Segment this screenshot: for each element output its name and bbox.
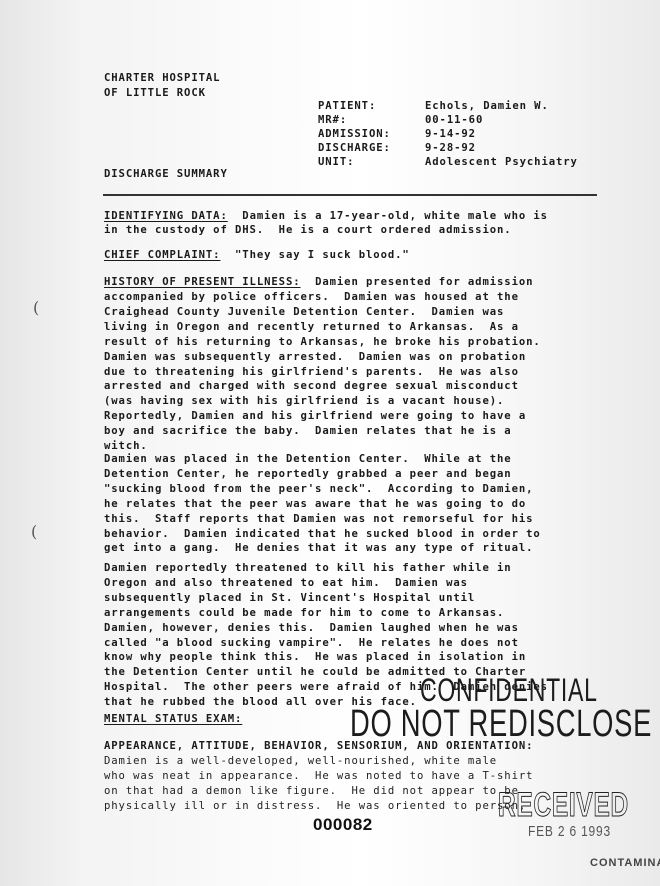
text-line: Damien, however, denies this. Damien lau… xyxy=(104,621,519,636)
text-line: result of his returning to Arkansas, he … xyxy=(104,335,541,350)
partial-stamp-text: CONTAMINAT xyxy=(590,857,660,869)
hpi-first-line: HISTORY OF PRESENT ILLNESS: Damien prese… xyxy=(104,275,533,290)
text-line: physically ill or in distress. He was or… xyxy=(104,799,526,814)
admission-label: ADMISSION: xyxy=(318,127,391,142)
identifying-line: in the custody of DHS. He is a court ord… xyxy=(104,223,512,238)
text-line: boy and sacrifice the baby. Damien relat… xyxy=(104,424,512,439)
unit-label: UNIT: xyxy=(318,155,354,170)
received-stamp: RECEIVED xyxy=(498,786,629,825)
text-line: who was neat in appearance. He was noted… xyxy=(104,769,533,784)
patient-label: PATIENT: xyxy=(318,99,376,114)
text-line: arrested and charged with second degree … xyxy=(104,379,519,394)
text-line: (was having sex with his girlfriend is a… xyxy=(104,394,504,409)
chief-complaint-heading: CHIEF COMPLAINT: xyxy=(104,249,220,261)
mr-value: 00-11-60 xyxy=(425,113,483,128)
text-line: called "a blood sucking vampire". He rel… xyxy=(104,636,519,651)
text-line: arrangements could be made for him to co… xyxy=(104,606,504,621)
text-line: "sucking blood from the peer's neck". Ac… xyxy=(104,482,533,497)
text-line: he relates that the peer was aware that … xyxy=(104,497,526,512)
hpi-heading: HISTORY OF PRESENT ILLNESS: xyxy=(104,276,301,288)
discharge-label: DISCHARGE: xyxy=(318,141,391,156)
received-date-stamp: FEB 2 6 1993 xyxy=(528,823,611,840)
text-line: Detention Center, he reportedly grabbed … xyxy=(104,467,512,482)
text-line: Damien reportedly threatened to kill his… xyxy=(104,561,512,576)
text-line: accompanied by police officers. Damien w… xyxy=(104,290,519,305)
document-title: DISCHARGE SUMMARY xyxy=(104,167,228,182)
text-line: due to threatening his girlfriend's pare… xyxy=(104,365,519,380)
mr-label: MR#: xyxy=(318,113,347,128)
chief-complaint-text: "They say I suck blood." xyxy=(220,249,409,261)
text-line: Reportedly, Damien and his girlfriend we… xyxy=(104,409,526,424)
received-stamp-text: RECEIVED xyxy=(498,786,629,824)
hpi-line: Damien presented for admission xyxy=(301,276,534,288)
identifying-line: Damien is a 17-year-old, white male who … xyxy=(228,210,548,222)
chief-complaint: CHIEF COMPLAINT: "They say I suck blood.… xyxy=(104,248,410,263)
text-line: Oregon and also threatened to eat him. D… xyxy=(104,576,468,591)
text-line: Damien is a well-developed, well-nourish… xyxy=(104,754,497,769)
admission-value: 9-14-92 xyxy=(425,127,476,142)
text-line: Damien was placed in the Detention Cente… xyxy=(104,452,512,467)
hospital-name: CHARTER HOSPITAL xyxy=(104,71,220,86)
identifying-data: IDENTIFYING DATA: Damien is a 17-year-ol… xyxy=(104,209,548,224)
text-line: on that had a demon like figure. He did … xyxy=(104,784,519,799)
text-line: living in Oregon and recently returned t… xyxy=(104,320,519,335)
unit-value: Adolescent Psychiatry xyxy=(425,155,578,170)
hospital-location: OF LITTLE ROCK xyxy=(104,86,206,101)
discharge-value: 9-28-92 xyxy=(425,141,476,156)
header-divider xyxy=(103,194,597,196)
patient-value: Echols, Damien W. xyxy=(425,99,549,114)
text-line: Damien was subsequently arrested. Damien… xyxy=(104,350,526,365)
do-not-redisclose-stamp: DO NOT REDISCLOSE xyxy=(350,703,652,746)
mental-status-heading: MENTAL STATUS EXAM: xyxy=(104,712,242,727)
margin-mark: ( xyxy=(31,522,37,541)
text-line: subsequently placed in St. Vincent's Hos… xyxy=(104,591,475,606)
text-line: Craighead County Juvenile Detention Cent… xyxy=(104,305,504,320)
text-line: know why people think this. He was place… xyxy=(104,650,526,665)
identifying-heading: IDENTIFYING DATA: xyxy=(104,210,228,222)
page-number: 000082 xyxy=(313,815,373,835)
text-line: this. Staff reports that Damien was not … xyxy=(104,512,533,527)
margin-mark: ( xyxy=(33,298,39,317)
text-line: behavior. Damien indicated that he sucke… xyxy=(104,527,541,542)
text-line: get into a gang. He denies that it was a… xyxy=(104,541,533,556)
